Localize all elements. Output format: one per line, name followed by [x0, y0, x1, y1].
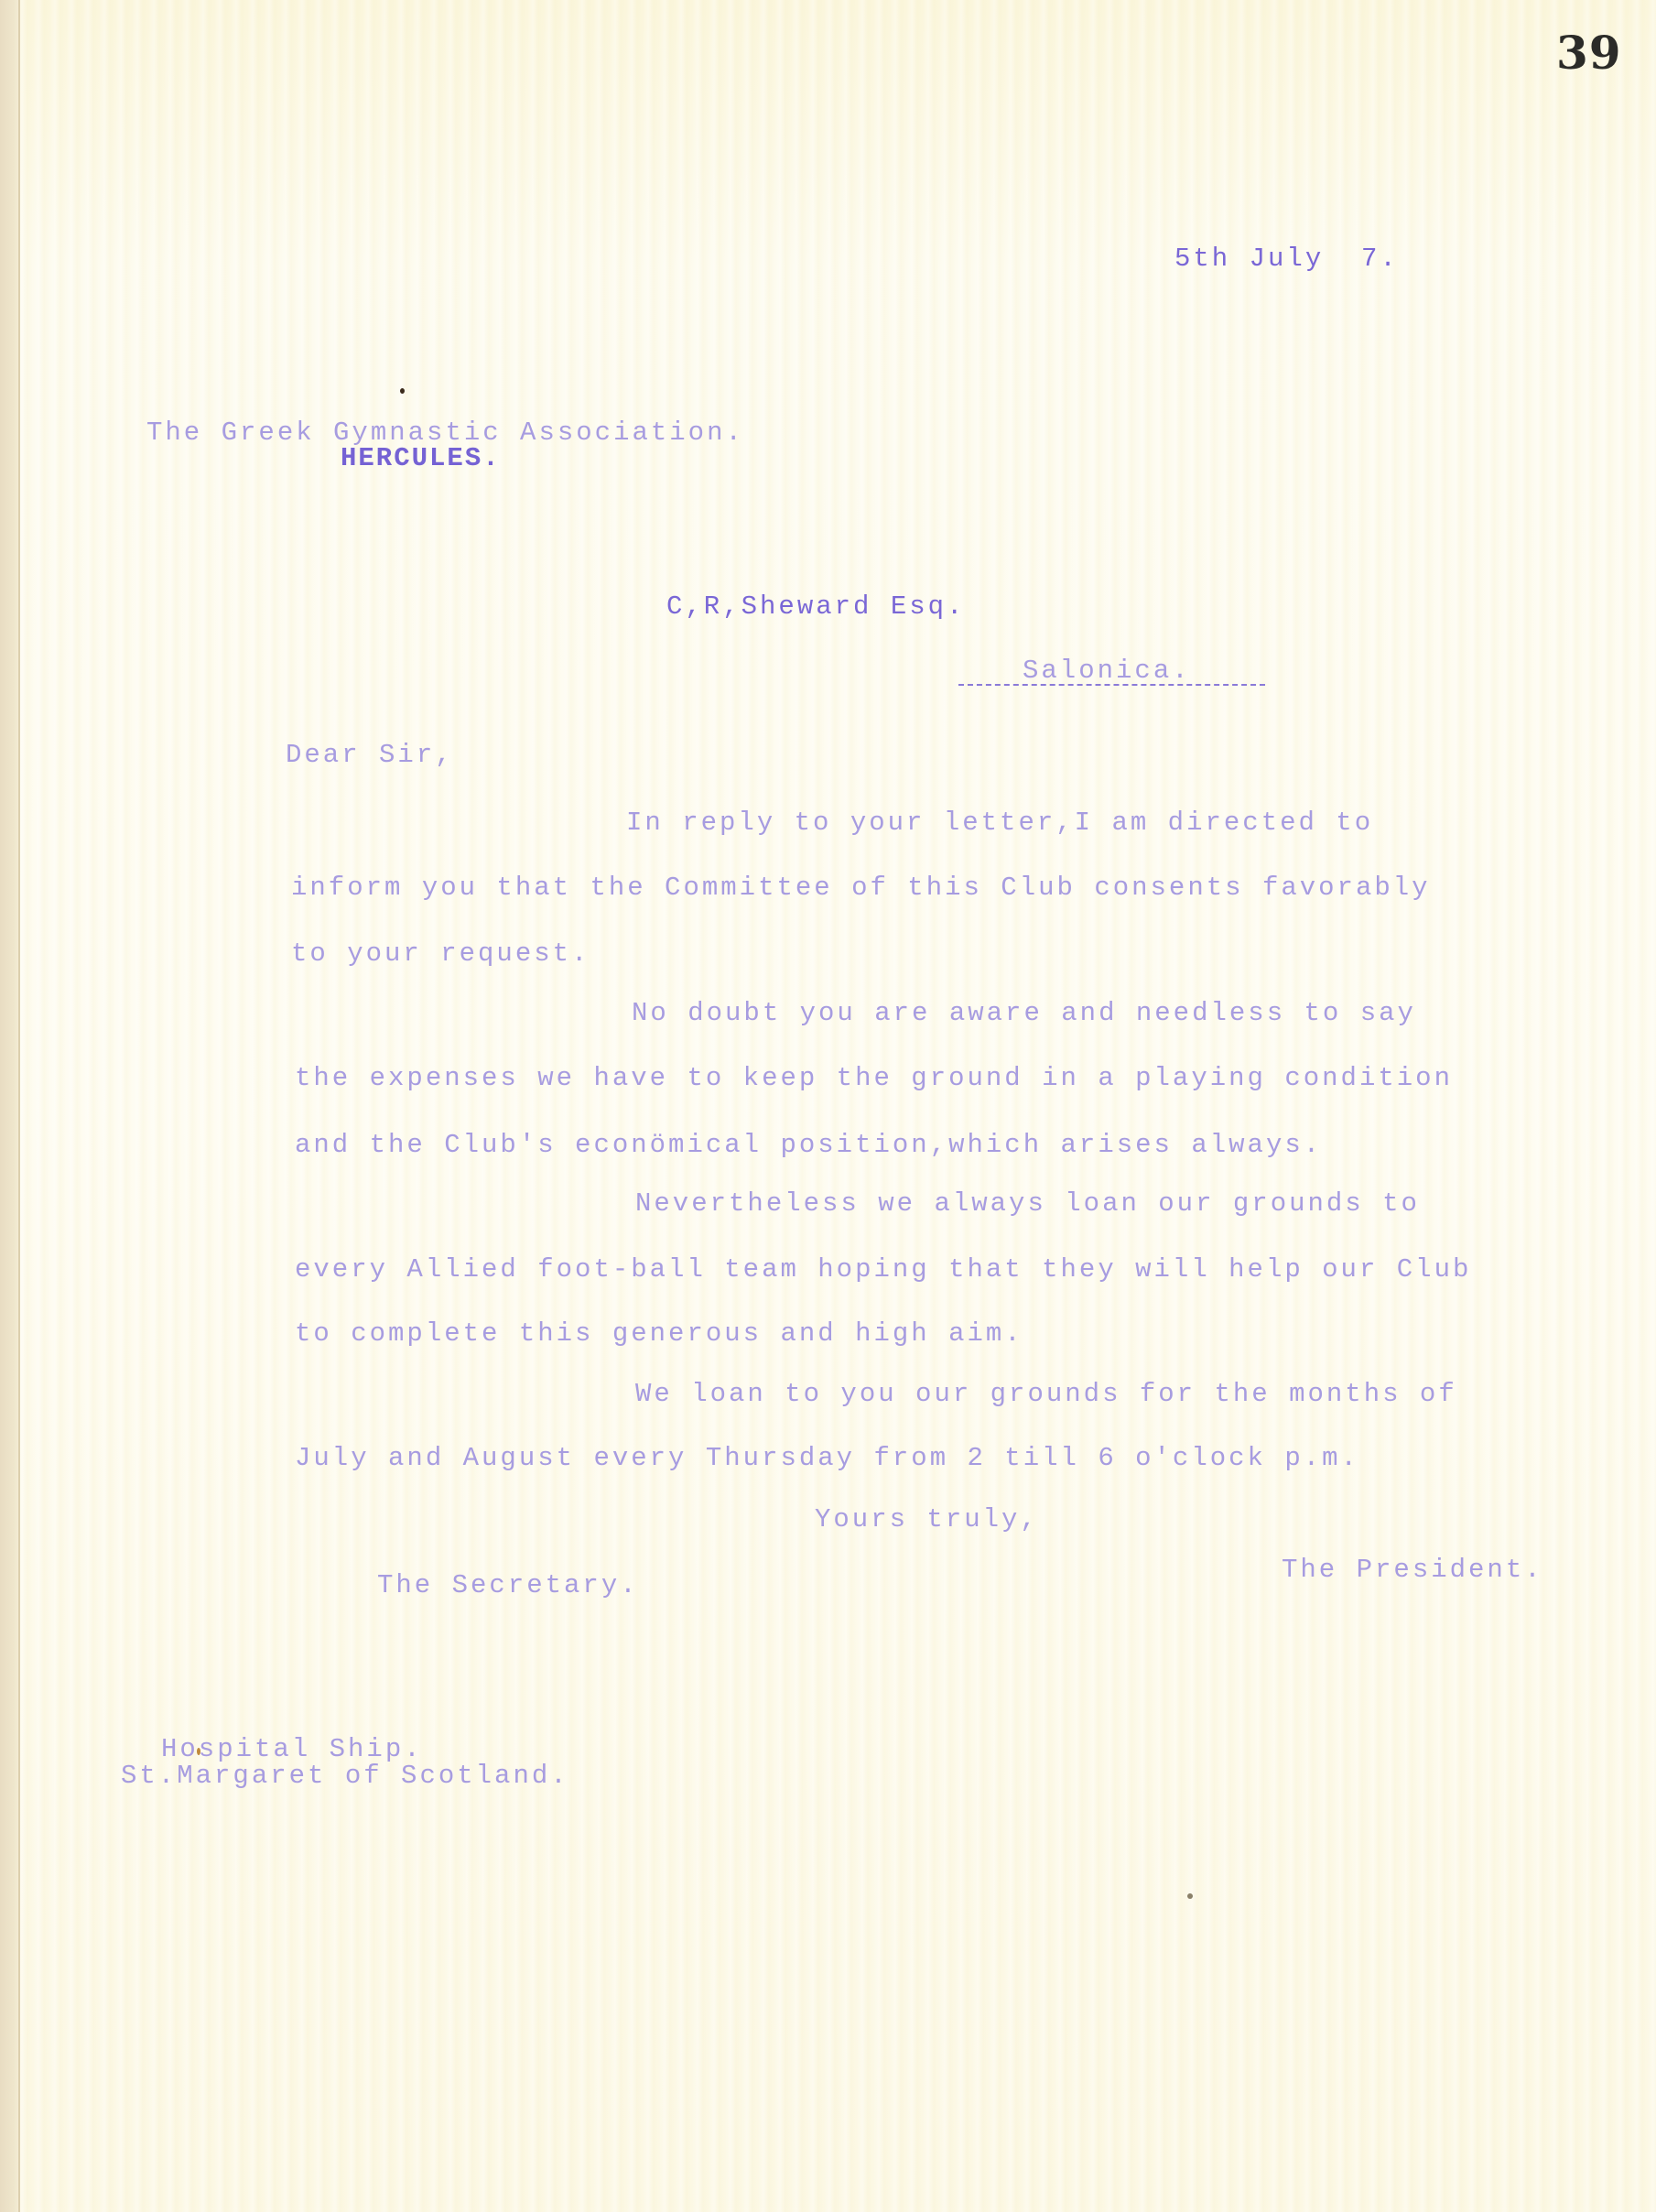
salutation: Dear Sir, — [286, 742, 454, 768]
footer-address-line-2: St.Margaret of Scotland. — [121, 1762, 569, 1789]
body-line-11: July and August every Thursday from 2 ti… — [295, 1445, 1359, 1471]
body-line-9: to complete this generous and high aim. — [295, 1320, 1023, 1347]
letter-date: 5th July 7. — [1174, 245, 1399, 272]
paper-speck — [1187, 1893, 1193, 1899]
sender-organization: The Greek Gymnastic Association. — [146, 419, 744, 446]
body-line-3: to your request. — [291, 940, 590, 967]
body-line-7: Nevertheless we always loan our grounds … — [635, 1190, 1420, 1217]
folio-number: 39 — [1556, 26, 1622, 80]
letter-page: 39 5th July 7. The Greek Gymnastic Assoc… — [0, 0, 1656, 2212]
body-line-5: the expenses we have to keep the ground … — [295, 1065, 1453, 1091]
recipient-name: C,R,Sheward Esq. — [666, 593, 965, 620]
body-line-1: In reply to your letter,I am directed to — [626, 809, 1373, 836]
body-line-6: and the Club's econömical position,which… — [295, 1132, 1322, 1158]
closing: Yours truly, — [815, 1506, 1039, 1533]
sender-club-name: HERCULES. — [341, 445, 501, 472]
signatory-president: The President. — [1282, 1556, 1543, 1583]
body-line-10: We loan to you our grounds for the month… — [635, 1381, 1457, 1407]
signatory-secretary: The Secretary. — [377, 1572, 639, 1599]
body-line-4: No doubt you are aware and needless to s… — [632, 1000, 1416, 1026]
recipient-city: Salonica. — [1023, 657, 1191, 684]
ink-speck — [400, 388, 405, 394]
page-binding-edge — [0, 0, 20, 2212]
recipient-city-underline — [958, 684, 1265, 686]
body-line-2: inform you that the Committee of this Cl… — [291, 874, 1431, 901]
body-line-8: every Allied foot-ball team hoping that … — [295, 1256, 1471, 1283]
rust-speck — [197, 1748, 200, 1755]
